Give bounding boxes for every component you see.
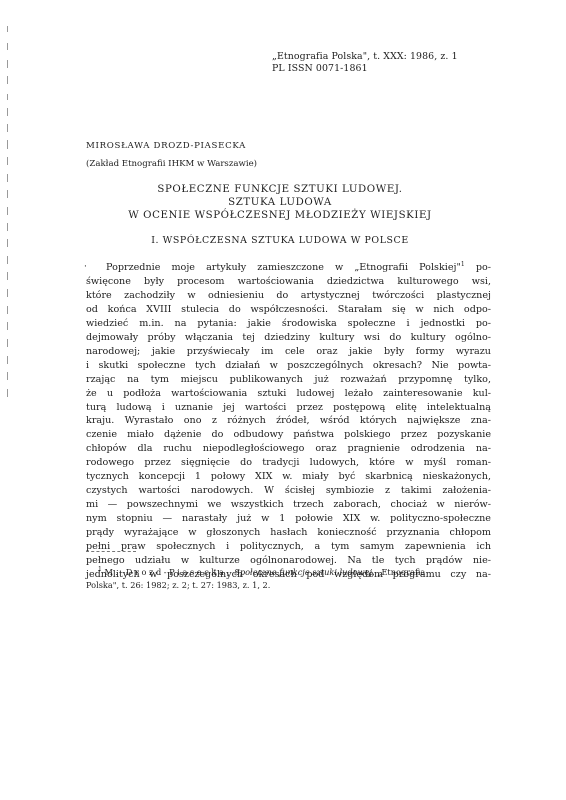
body-line: pełni praw społecznych i politycznych, a… — [86, 540, 491, 554]
journal-header: „Etnografia Polska", t. XXX: 1986, z. 1 … — [272, 51, 458, 75]
body-line: czenie miało dążenie do odbudowy państwa… — [86, 428, 491, 442]
footnote-title: Społeczne funkcje sztuki ludowej, — [234, 567, 374, 577]
scan-edge-artifacts — [7, 20, 11, 400]
body-line: turą ludową i uznanie jej wartości przez… — [86, 401, 491, 415]
author-affiliation: (Zakład Etnografii IHKM w Warszawie) — [86, 159, 257, 169]
body-line: wiedzieć m.in. na pytania: jakie środowi… — [86, 317, 491, 331]
title-line-1: SPOŁECZNE FUNKCJE SZTUKI LUDOWEJ. — [80, 183, 480, 196]
body-line: prądy wyrażające w głoszonych hasłach ko… — [86, 526, 491, 540]
article-title: SPOŁECZNE FUNKCJE SZTUKI LUDOWEJ. SZTUKA… — [80, 183, 480, 223]
body-line: że u podłoża wartościowania sztuki ludow… — [86, 387, 491, 401]
document-page: „Etnografia Polska", t. XXX: 1986, z. 1 … — [0, 0, 566, 800]
footnote-ref: 1 — [461, 261, 465, 268]
footnote-mark: 1 — [98, 566, 102, 573]
body-line: mi — powszechnymi we wszystkich trzech z… — [86, 498, 491, 512]
body-line: czystych wartości narodowych. W ścisłej … — [86, 484, 491, 498]
body-line: dejmowały próby włączania tej dziedziny … — [86, 331, 491, 345]
footnote-separator — [86, 551, 136, 552]
body-line: od końca XVIII stulecia do współczesnośc… — [86, 303, 491, 317]
body-line: które zachodziły w odniesieniu do artyst… — [86, 289, 491, 303]
body-line: święcone były procesom wartościowania dz… — [86, 275, 491, 289]
title-line-3: W OCENIE WSPÓŁCZESNEJ MŁODZIEŻY WIEJSKIE… — [80, 209, 480, 222]
author-name: MIROSŁAWA DROZD-PIASECKA — [86, 141, 246, 151]
body-line: chłopów dla ruchu niepodległościowego or… — [86, 442, 491, 456]
body-paragraph: Poprzednie moje artykuły zamieszczone w … — [86, 258, 491, 582]
body-line: tycznych koncepcji 1 połowy XIX w. miały… — [86, 470, 491, 484]
footnote-line: Polska", t. 26: 1982; z. 2; t. 27: 1983,… — [86, 579, 416, 592]
body-line: rodowego przez sięgnięcie do tradycji lu… — [86, 456, 491, 470]
section-heading: I. WSPÓŁCZESNA SZTUKA LUDOWA W POLSCE — [80, 235, 480, 246]
body-line: i skutki społeczne tych działań w poszcz… — [86, 359, 491, 373]
body-line: Poprzednie moje artykuły zamieszczone w … — [86, 258, 491, 275]
footnote-author: M. Drozd-Piasecka, — [104, 567, 231, 577]
body-line: kraju. Wyrastało ono z różnych źródeł, w… — [86, 414, 491, 428]
issn: PL ISSN 0071-1861 — [272, 63, 458, 75]
footnote-line: 1 M. Drozd-Piasecka, Społeczne funkcje s… — [86, 563, 416, 579]
body-line: nym stopniu — narastały już w 1 połowie … — [86, 512, 491, 526]
body-line: rzając na tym miejscu publikowanych już … — [86, 373, 491, 387]
body-line: narodowej; jakie przyświecały im cele or… — [86, 345, 491, 359]
title-line-2: SZTUKA LUDOWA — [80, 196, 480, 209]
journal-citation: „Etnografia Polska", t. XXX: 1986, z. 1 — [272, 51, 458, 63]
footnote: 1 M. Drozd-Piasecka, Społeczne funkcje s… — [86, 563, 416, 592]
